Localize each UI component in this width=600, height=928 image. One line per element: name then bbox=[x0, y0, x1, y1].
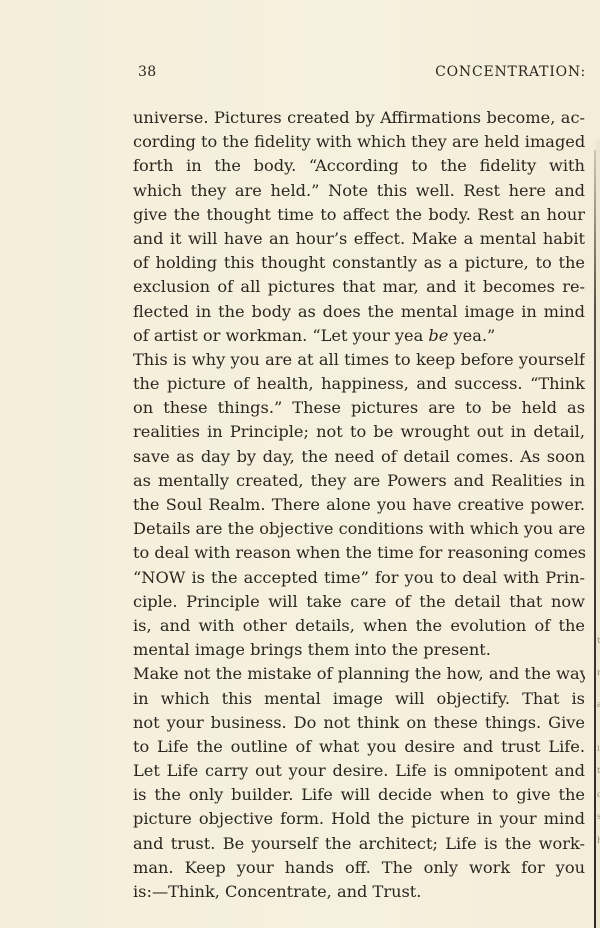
text-line: picture objective form. Hold the picture… bbox=[133, 807, 585, 831]
text-line: cording to the fidelity with which they … bbox=[133, 130, 585, 154]
text-line: and trust. Be yourself the architect; Li… bbox=[133, 832, 585, 856]
text-line: the picture of health, happiness, and su… bbox=[133, 372, 585, 396]
text-line: is the only builder. Life will decide wh… bbox=[133, 783, 585, 807]
book-page: 38 CONCENTRATION: universe. Pictures cre… bbox=[0, 0, 600, 928]
text-line: exclusion of all pictures that mar, and … bbox=[133, 275, 585, 299]
text-line: which they are held.” Note this well. Re… bbox=[133, 179, 585, 203]
italic-emphasis: be bbox=[428, 326, 448, 345]
text-line: Let Life carry out your desire. Life is … bbox=[133, 759, 585, 783]
text-line: ciple. Principle will take care of the d… bbox=[133, 590, 585, 614]
text-line: to deal with reason when the time for re… bbox=[133, 541, 585, 565]
text-line-paragraph-end: mental image brings them into the presen… bbox=[133, 638, 585, 662]
text-line: Make not the mistake of planning the how… bbox=[133, 662, 585, 686]
text-line: as mentally created, they are Powers and… bbox=[133, 469, 585, 493]
page-number: 38 bbox=[138, 64, 156, 80]
text-line-paragraph-end: of artist or workman. “Let your yea be y… bbox=[133, 324, 585, 348]
adjacent-page-edge bbox=[596, 140, 600, 928]
text-line: save as day by day, the need of detail c… bbox=[133, 445, 585, 469]
page-gutter-line bbox=[594, 150, 596, 928]
text-run: yea.” bbox=[448, 326, 495, 345]
text-line: not your business. Do not think on these… bbox=[133, 711, 585, 735]
text-line: give the thought time to affect the body… bbox=[133, 203, 585, 227]
text-line: in which this mental image will objectif… bbox=[133, 687, 585, 711]
text-line: This is why you are at all times to keep… bbox=[133, 348, 585, 372]
text-line: of holding this thought constantly as a … bbox=[133, 251, 585, 275]
text-line: the Soul Realm. There alone you have cre… bbox=[133, 493, 585, 517]
body-text: universe. Pictures created by Affirmatio… bbox=[133, 106, 585, 904]
text-run: of artist or workman. “Let your yea bbox=[133, 326, 428, 345]
text-line: is, and with other details, when the evo… bbox=[133, 614, 585, 638]
running-title: CONCENTRATION: bbox=[435, 64, 586, 80]
text-line: Details are the objective conditions wit… bbox=[133, 517, 585, 541]
text-line: on these things.” These pictures are to … bbox=[133, 396, 585, 420]
text-line: universe. Pictures created by Affirmatio… bbox=[133, 106, 585, 130]
text-line: and it will have an hour’s effect. Make … bbox=[133, 227, 585, 251]
text-line: to Life the outline of what you desire a… bbox=[133, 735, 585, 759]
running-head: 38 CONCENTRATION: bbox=[138, 64, 586, 84]
text-line: “NOW is the accepted time” for you to de… bbox=[133, 566, 585, 590]
text-line: realities in Principle; not to be wrough… bbox=[133, 420, 585, 444]
text-line: man. Keep your hands off. The only work … bbox=[133, 856, 585, 880]
text-line: forth in the body. “According to the fid… bbox=[133, 154, 585, 178]
text-line-paragraph-end: is:—Think, Concentrate, and Trust. bbox=[133, 880, 585, 904]
text-line: flected in the body as does the mental i… bbox=[133, 300, 585, 324]
